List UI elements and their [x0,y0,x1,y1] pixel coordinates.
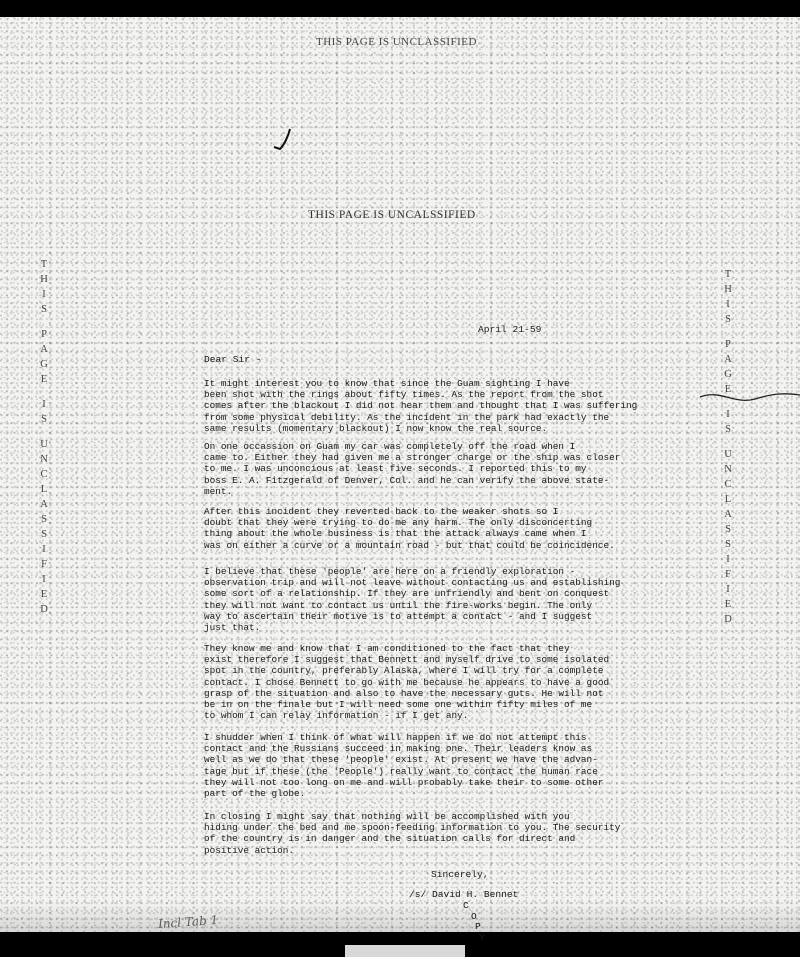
letter-paragraph: It might interest you to know that since… [204,378,644,434]
letter-date: April 21-59 [478,324,541,335]
classification-stamp-top: THIS PAGE IS UNCLASSIFIED [316,36,477,48]
classification-margin-left: THIS PAGE IS UNCLASSIFIED [38,257,50,617]
pen-mark-icon [270,127,300,157]
letter-paragraph: I believe that these 'people' are here o… [204,566,644,633]
classification-stamp-center: THIS PAGE IS UNCALSSIFIED [308,209,476,221]
letter-paragraph: After this incident they reverted back t… [204,506,644,551]
letter-paragraph: On one occassion on Guam my car was comp… [204,441,644,497]
letter-paragraph: I shudder when I think of what will happ… [204,732,644,799]
handwritten-annotation: Incl Tab 1 [158,913,219,931]
copy-mark: C O P Y [463,901,485,943]
document-page: THIS PAGE IS UNCLASSIFIED THIS PAGE IS U… [0,17,800,932]
letter-paragraph: In closing I might say that nothing will… [204,811,644,856]
pen-squiggle-icon [700,387,800,407]
letter-closing: Sincerely, [431,869,489,880]
classification-margin-right: THIS PAGE IS UNCLASSIFIED [722,267,734,627]
scan-edge-strip [345,945,465,957]
letter-signature: /s/ David H. Bennet [409,889,518,900]
letter-salutation: Dear Sir - [204,354,262,365]
letter-paragraph: They know me and know that I am conditio… [204,643,644,721]
